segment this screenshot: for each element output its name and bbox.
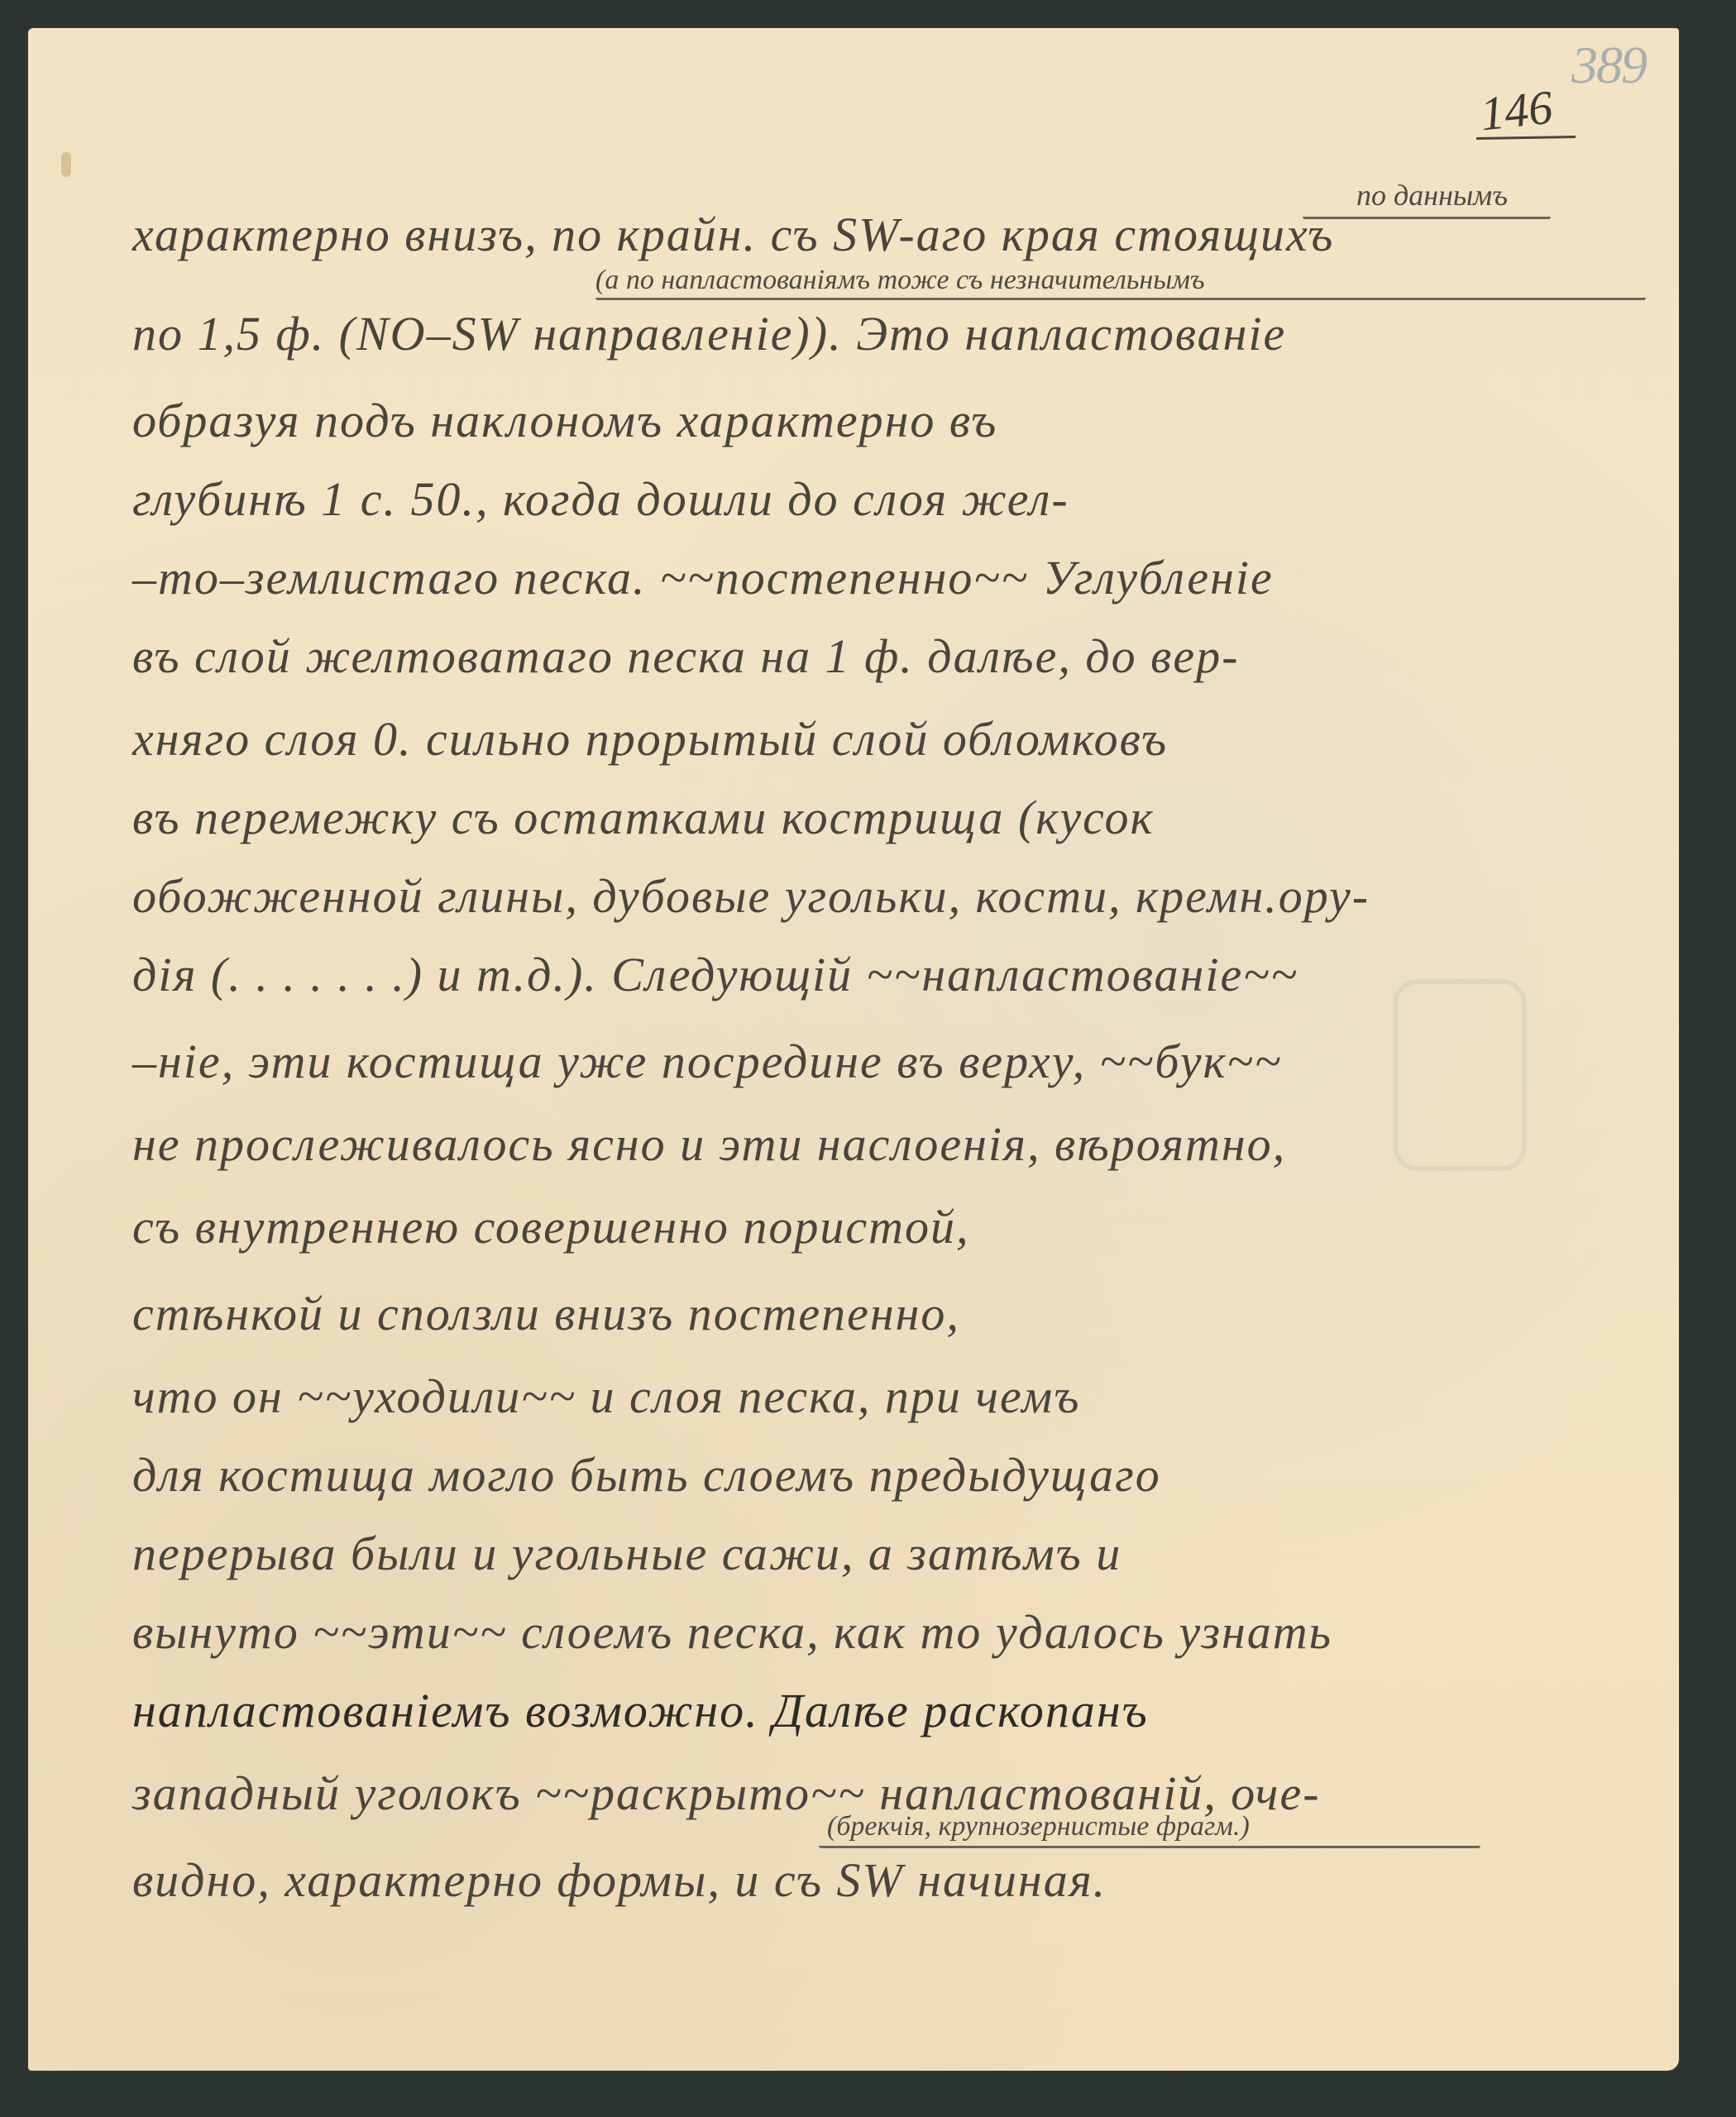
manuscript-line-15: что он ~~уходили~~ и слоя песка, при чем… bbox=[132, 1373, 1621, 1421]
manuscript-line-12: не прослеживалось ясно и эти наслоенія, … bbox=[132, 1121, 1621, 1168]
manuscript-line-13: съ внутреннею совершенно пористой, bbox=[132, 1203, 1621, 1251]
manuscript-line-5: –то–землистаго песка. ~~постепенно~~ Угл… bbox=[132, 554, 1621, 602]
insert-underline-2 bbox=[595, 298, 1646, 300]
insert-between-lines-1-2: (а по напластованіямъ тоже съ незначител… bbox=[595, 265, 1205, 296]
archive-folio-number: 389 bbox=[1571, 35, 1646, 96]
manuscript-line-11: –ніе, эти костища уже посредине въ верху… bbox=[132, 1038, 1621, 1086]
paper-stain bbox=[61, 152, 71, 177]
manuscript-line-8: въ перемежку съ остатками кострища (кусо… bbox=[132, 794, 1621, 842]
manuscript-line-21: видно, характерно формы, и съ SW начиная… bbox=[132, 1857, 1621, 1904]
manuscript-line-17: перерыва были и угольные сажи, а затѣмъ … bbox=[132, 1530, 1621, 1578]
insert-above-line-1: по даннымъ bbox=[1356, 178, 1508, 213]
manuscript-line-3: образуя подъ наклономъ характерно въ bbox=[132, 397, 1621, 445]
scanned-page: 389 146 по даннымъ (а по напластованіямъ… bbox=[0, 0, 1736, 2117]
manuscript-line-20: западный уголокъ ~~раскрыто~~ напластова… bbox=[132, 1770, 1621, 1818]
manuscript-line-6: въ слой желтоватаго песка на 1 ф. далѣе,… bbox=[132, 633, 1621, 681]
manuscript-line-9: обожженной глины, дубовые угольки, кости… bbox=[132, 872, 1621, 920]
insert-underline-3 bbox=[819, 1846, 1480, 1848]
manuscript-line-18: вынуто ~~эти~~ слоемъ песка, как то удал… bbox=[132, 1608, 1621, 1656]
manuscript-line-1: характерно внизъ, по крайн. съ SW-аго кр… bbox=[132, 211, 1621, 259]
manuscript-line-14: стѣнкой и сползли внизъ постепенно, bbox=[132, 1290, 1621, 1338]
manuscript-line-4: глубинѣ 1 с. 50., когда дошли до слоя же… bbox=[132, 475, 1621, 523]
manuscript-line-7: хняго слоя 0. сильно прорытый слой облом… bbox=[132, 715, 1621, 763]
manuscript-line-19: напластованіемъ возможно. Далѣе раскопан… bbox=[132, 1687, 1621, 1735]
manuscript-line-2: по 1,5 ф. (NO–SW направленіе)). Это напл… bbox=[132, 310, 1621, 358]
manuscript-line-10: дія (. . . . . . .) и т.д.). Следующій ~… bbox=[132, 951, 1621, 999]
page-number: 146 bbox=[1478, 79, 1556, 142]
manuscript-line-16: для костища могло быть слоемъ предыдущаг… bbox=[132, 1451, 1621, 1499]
